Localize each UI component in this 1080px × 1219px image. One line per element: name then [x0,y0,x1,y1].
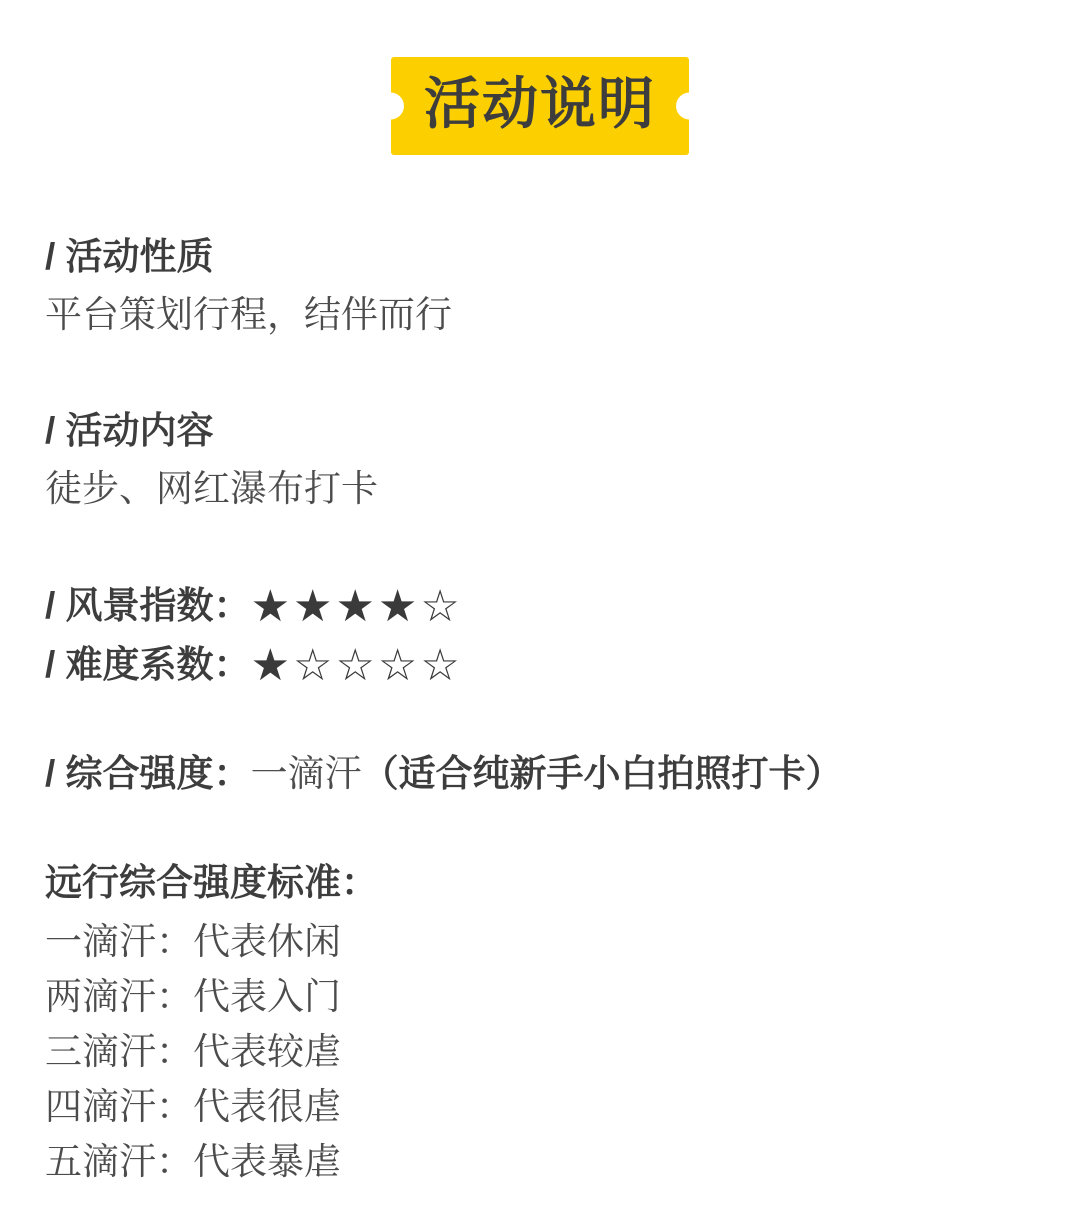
content-area: / 活动性质 平台策划行程，结伴而行 / 活动内容 徒步、网红瀑布打卡 / 风景… [0,235,1080,1189]
activity-description-page: 活动说明 / 活动性质 平台策划行程，结伴而行 / 活动内容 徒步、网红瀑布打卡… [0,0,1080,1219]
activity-content-heading: / 活动内容 [45,409,1035,453]
section-activity-nature: / 活动性质 平台策划行程，结伴而行 [45,235,1035,337]
list-item: 四滴汗：代表很虐 [45,1079,1035,1134]
activity-nature-heading: / 活动性质 [45,235,1035,279]
ticket-notch-left-icon [377,93,404,120]
title-ticket-banner: 活动说明 [391,57,689,155]
section-intensity-standards: 远行综合强度标准： 一滴汗：代表休闲 两滴汗：代表入门 三滴汗：代表较虐 四滴汗… [45,861,1035,1189]
activity-nature-body: 平台策划行程，结伴而行 [45,293,1035,337]
scenery-index-stars: ★★★★☆ [251,581,463,632]
section-activity-content: / 活动内容 徒步、网红瀑布打卡 [45,409,1035,511]
difficulty-index-line: / 难度系数：★☆☆☆☆ [45,636,1035,695]
page-title: 活动说明 [424,76,656,136]
list-item: 五滴汗：代表暴虐 [45,1134,1035,1189]
list-item: 一滴汗：代表休闲 [45,914,1035,969]
overall-intensity-value: 一滴汗 [251,753,362,794]
scenery-index-label: / 风景指数： [45,585,251,626]
list-item: 三滴汗：代表较虐 [45,1024,1035,1079]
scenery-index-line: / 风景指数：★★★★☆ [45,577,1035,636]
difficulty-index-label: / 难度系数： [45,644,251,685]
ticket-notch-right-icon [676,93,703,120]
intensity-standards-list: 一滴汗：代表休闲 两滴汗：代表入门 三滴汗：代表较虐 四滴汗：代表很虐 五滴汗：… [45,914,1035,1189]
intensity-standards-heading: 远行综合强度标准： [45,861,1035,905]
overall-intensity-label: / 综合强度： [45,753,251,794]
activity-content-body: 徒步、网红瀑布打卡 [45,467,1035,511]
section-ratings: / 风景指数：★★★★☆ / 难度系数：★☆☆☆☆ [45,577,1035,695]
difficulty-index-stars: ★☆☆☆☆ [251,640,463,691]
section-overall-intensity: / 综合强度：一滴汗（适合纯新手小白拍照打卡） [45,745,1035,803]
overall-intensity-note: （适合纯新手小白拍照打卡） [362,753,843,794]
list-item: 两滴汗：代表入门 [45,969,1035,1024]
